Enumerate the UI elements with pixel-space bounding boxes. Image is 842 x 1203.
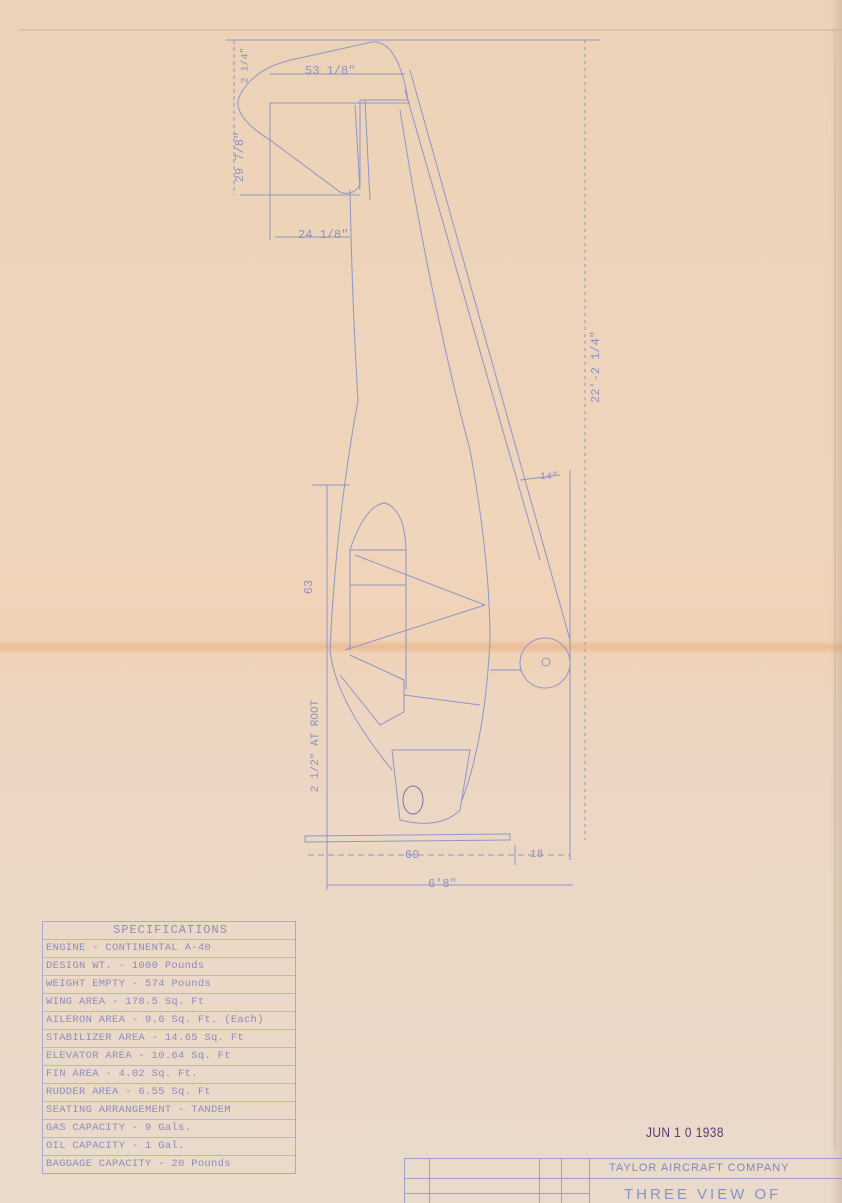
dim-chord-root: 2 1/2" AT ROOT xyxy=(310,700,322,792)
dim-stab-tip: 2 1/4" xyxy=(241,47,252,83)
spec-row: ELEVATOR AREA - 10.64 Sq. Ft xyxy=(43,1047,295,1065)
title-block: TAYLOR AIRCRAFT COMPANY THREE VIEW OF xyxy=(404,1158,842,1203)
spec-row: FIN AREA - 4.02 Sq. Ft. xyxy=(43,1065,295,1083)
spec-row: OIL CAPACITY - 1 Gal. xyxy=(43,1137,295,1155)
dim-overall-span: 22'-2 1/4" xyxy=(589,331,603,403)
drawing-title: THREE VIEW OF xyxy=(624,1186,781,1203)
dim-elevator-span: 24 1/8" xyxy=(298,228,348,242)
spec-row: ENGINE - CONTINENTAL A-40 xyxy=(43,939,295,957)
spec-row: GAS CAPACITY - 9 Gals. xyxy=(43,1119,295,1137)
dim-fuselage: 63 xyxy=(302,580,316,594)
spec-row: AILERON AREA - 9.6 Sq. Ft. (Each) xyxy=(43,1011,295,1029)
dim-stab-root: 29 7/8" xyxy=(233,132,247,182)
spec-row: WEIGHT EMPTY - 574 Pounds xyxy=(43,975,295,993)
spec-row: SEATING ARRANGEMENT - TANDEM xyxy=(43,1101,295,1119)
spec-row: RUDDER AREA - 6.55 Sq. Ft xyxy=(43,1083,295,1101)
spec-row: BAGGAGE CAPACITY - 20 Pounds xyxy=(43,1155,295,1173)
dim-wing-tip: 14" xyxy=(540,472,558,483)
dim-stab-chord: 53 1/8" xyxy=(305,64,355,78)
spec-row: STABILIZER AREA - 14.65 Sq. Ft xyxy=(43,1029,295,1047)
dim-axle-offset: 18 xyxy=(530,849,543,861)
company-name: TAYLOR AIRCRAFT COMPANY xyxy=(609,1162,790,1174)
dim-prop-axle: 69 xyxy=(405,848,419,862)
specifications-table: SPECIFICATIONS ENGINE - CONTINENTAL A-40… xyxy=(42,921,296,1174)
spec-row: WING AREA - 178.5 Sq. Ft xyxy=(43,993,295,1011)
date-stamp: JUN 1 0 1938 xyxy=(646,1124,724,1140)
dim-overall-width: 6'8" xyxy=(428,877,457,891)
specifications-header: SPECIFICATIONS xyxy=(43,922,295,939)
spec-row: DESIGN WT. - 1000 Pounds xyxy=(43,957,295,975)
